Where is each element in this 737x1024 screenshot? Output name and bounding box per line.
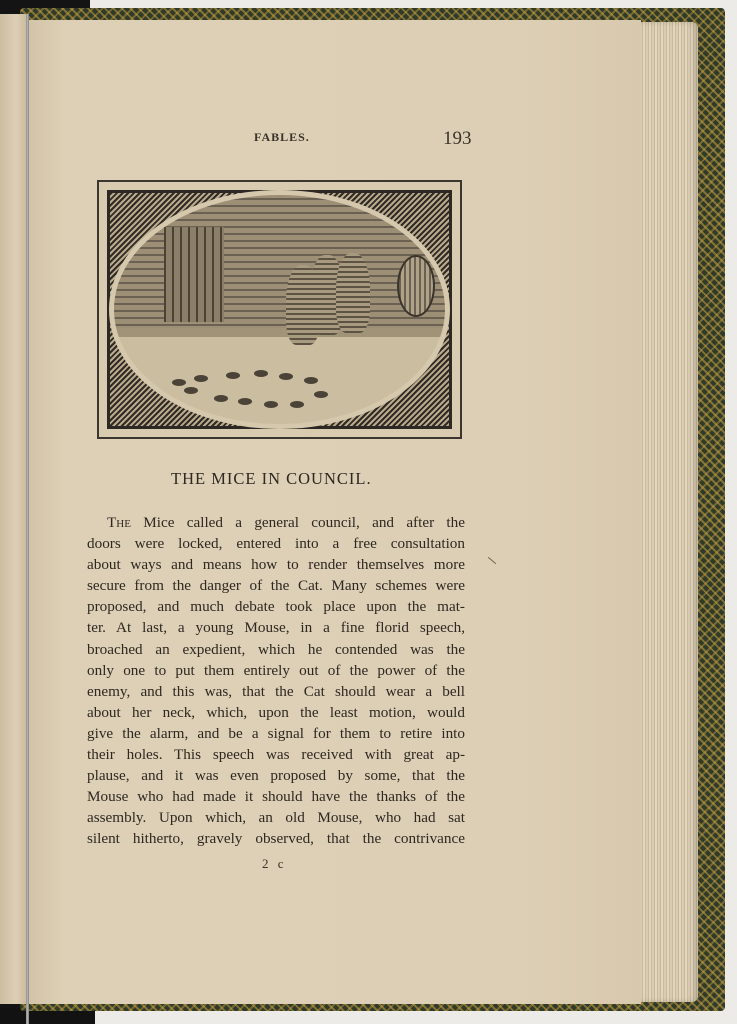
mouse-figure xyxy=(226,372,240,379)
mouse-figure xyxy=(304,377,318,384)
body-line: assembly. Upon which, an old Mouse, who … xyxy=(87,807,465,828)
body-line: about ways and means how to render thems… xyxy=(87,554,465,575)
mouse-figure xyxy=(254,370,268,377)
signature-mark: 2 c xyxy=(262,856,287,872)
body-line: doors were locked, entered into a free c… xyxy=(87,533,465,554)
body-line: proposed, and much debate took place upo… xyxy=(87,596,465,617)
illustration-oval-scene xyxy=(109,190,450,429)
mouse-figure xyxy=(290,401,304,408)
mouse-figure xyxy=(194,375,208,382)
body-line: only one to put them entirely out of the… xyxy=(87,660,465,681)
mouse-figure xyxy=(279,373,293,380)
running-head: FABLES. xyxy=(254,130,310,145)
body-line: about her neck, which, upon the least mo… xyxy=(87,702,465,723)
body-line: The Mice called a general council, and a… xyxy=(87,512,465,533)
fable-title: THE MICE IN COUNCIL. xyxy=(171,469,372,489)
mouse-figure xyxy=(238,398,252,405)
body-line: ter. At last, a young Mouse, in a fine f… xyxy=(87,617,465,638)
body-line: silent hitherto, gravely observed, that … xyxy=(87,828,465,849)
drop-word: The xyxy=(107,514,131,531)
page-number: 193 xyxy=(443,128,472,150)
gutter-fold xyxy=(26,14,29,1024)
mouse-figure xyxy=(214,395,228,402)
body-line: enemy, and this was, that the Cat should… xyxy=(87,681,465,702)
mouse-figure xyxy=(184,387,198,394)
grain-sack xyxy=(336,253,370,333)
body-line: Mouse who had made it should have the th… xyxy=(87,786,465,807)
mouse-figure xyxy=(314,391,328,398)
mouse-figure xyxy=(264,401,278,408)
facing-page-edge xyxy=(0,14,27,1004)
fable-illustration xyxy=(97,180,462,439)
body-line: give the alarm, and be a signal for them… xyxy=(87,723,465,744)
body-line: their holes. This speech was received wi… xyxy=(87,744,465,765)
body-line: broached an expedient, which he contende… xyxy=(87,639,465,660)
fable-body-text: The Mice called a general council, and a… xyxy=(87,512,465,850)
body-line: plause, and it was even proposed by some… xyxy=(87,765,465,786)
cellar-door xyxy=(164,227,224,322)
body-line: secure from the danger of the Cat. Many … xyxy=(87,575,465,596)
mouse-figure xyxy=(172,379,186,386)
barrel xyxy=(397,255,435,317)
